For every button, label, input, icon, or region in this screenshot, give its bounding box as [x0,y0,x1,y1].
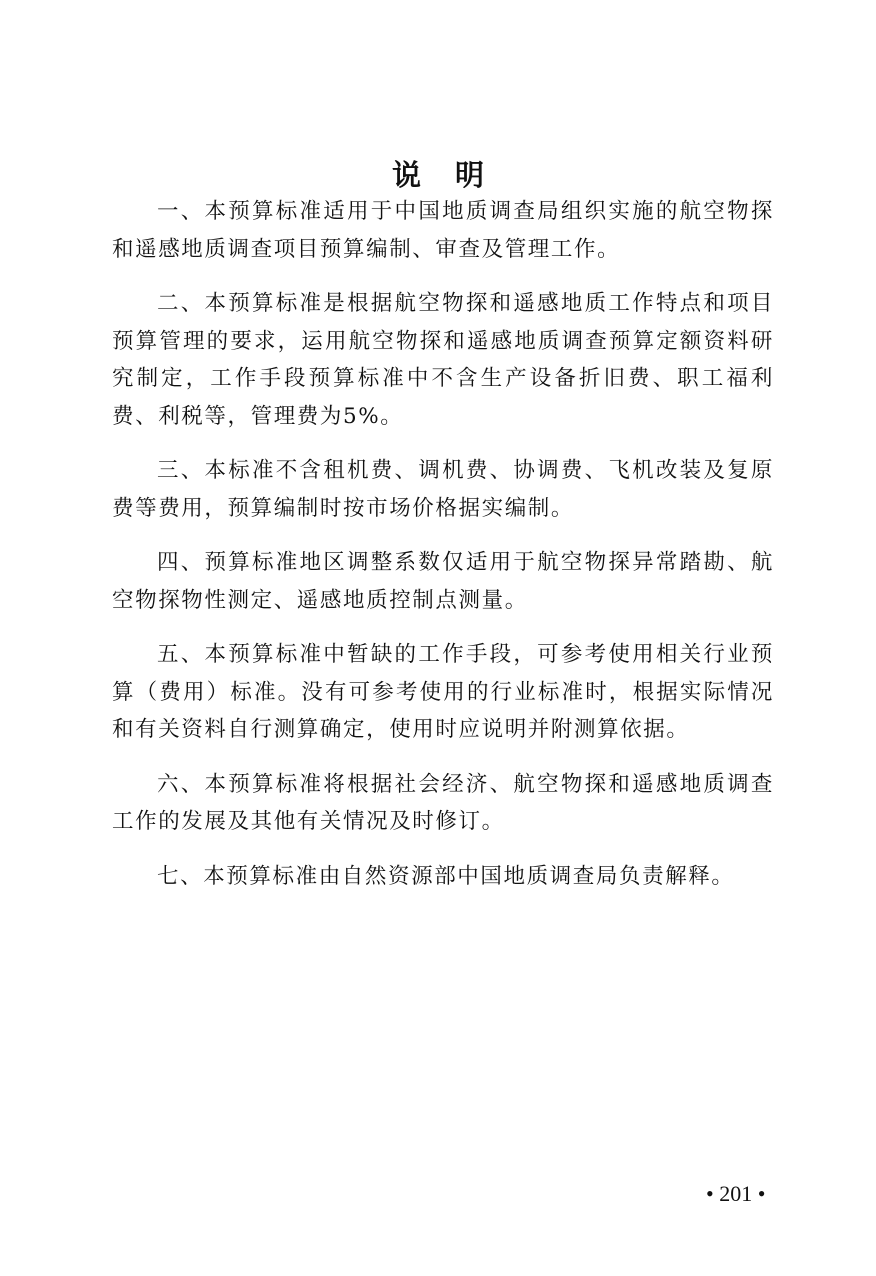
page-number: • 201 • [706,1180,765,1208]
paragraph-4: 四、预算标准地区调整系数仅适用于航空物探异常踏勘、航空物探物性测定、遥感地质控制… [112,544,774,619]
paragraph-6: 六、本预算标准将根据社会经济、航空物探和遥感地质调查工作的发展及其他有关情况及时… [112,766,774,841]
paragraph-7: 七、本预算标准由自然资源部中国地质调查局负责解释。 [112,858,774,896]
paragraph-1: 一、本预算标准适用于中国地质调查局组织实施的航空物探和遥感地质调查项目预算编制、… [112,193,774,268]
paragraph-5: 五、本预算标准中暂缺的工作手段，可参考使用相关行业预算（费用）标准。没有可参考使… [112,636,774,749]
document-body: 一、本预算标准适用于中国地质调查局组织实施的航空物探和遥感地质调查项目预算编制、… [112,193,774,912]
paragraph-3: 三、本标准不含租机费、调机费、协调费、飞机改装及复原费等费用，预算编制时按市场价… [112,452,774,527]
page-title: 说明 [0,155,876,195]
paragraph-2: 二、本预算标准是根据航空物探和遥感地质工作特点和项目预算管理的要求，运用航空物探… [112,285,774,435]
